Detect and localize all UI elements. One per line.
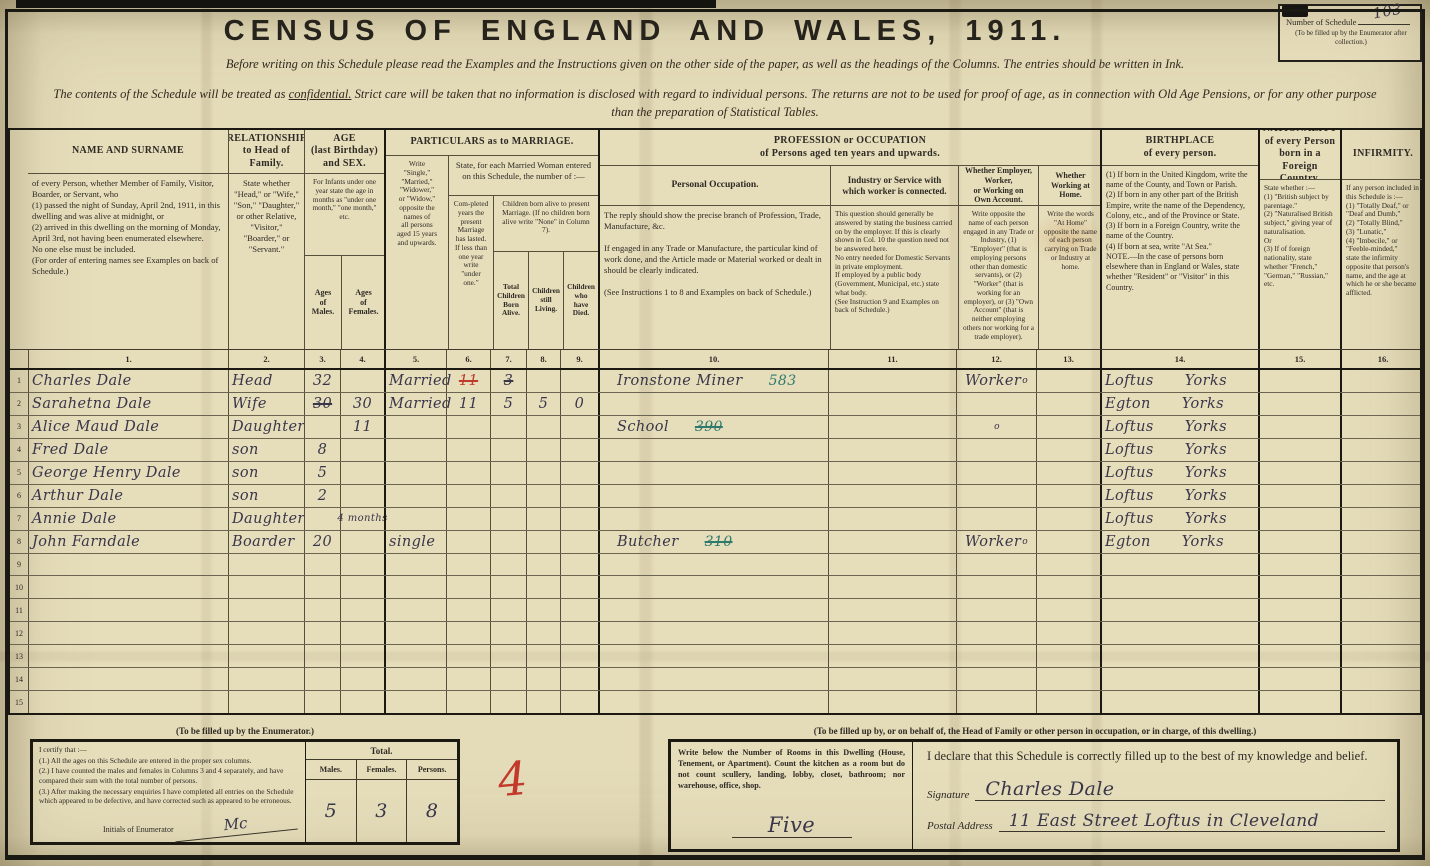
postal-address-value: 11 East Street Loftus in Cleveland <box>999 811 1385 832</box>
cell-occupation: Ironstone Miner583 <box>598 370 828 392</box>
column-children-born: Total Children Born Alive. <box>494 252 528 349</box>
cell-children-living <box>526 576 560 598</box>
cell-at-home <box>1036 554 1100 576</box>
column-number-row: 1. 2. 3. 4. 5. 6. 7. 8. 9. 10. 11. 12. 1… <box>10 350 1420 370</box>
cell-children-living <box>526 691 560 713</box>
cell-employer-status <box>956 576 1036 598</box>
cell-employer-status <box>956 508 1036 530</box>
cell-children-died <box>560 485 598 507</box>
cell-children-died <box>560 531 598 553</box>
occupation-code: 390 <box>695 419 723 435</box>
signature-line: Signature Charles Dale <box>927 778 1385 801</box>
totals-males-value: 5 <box>306 780 356 842</box>
cell-birthplace <box>1100 691 1258 713</box>
cell-employer-status: o <box>956 416 1036 438</box>
cell-children-born <box>490 462 526 484</box>
cell-age-females <box>340 645 384 667</box>
enumerator-box-heading: (To be filled up by the Enumerator.) <box>30 726 460 736</box>
cell-at-home <box>1036 462 1100 484</box>
cell-children-living <box>526 668 560 690</box>
cell-birthplace: Egton Yorks <box>1100 531 1258 553</box>
table-row: 11 <box>10 598 1420 621</box>
cell-nationality <box>1258 645 1340 667</box>
cell-children-died <box>560 599 598 621</box>
row-number: 9 <box>10 554 28 576</box>
column-working-at-home: Whether Working at Home. Write the words… <box>1038 166 1100 349</box>
cell-relationship: son <box>228 462 304 484</box>
cell-nationality <box>1258 531 1340 553</box>
cell-employer-status <box>956 668 1036 690</box>
main-table: NAME AND SURNAME of every Person, whethe… <box>8 128 1422 715</box>
cell-years-married <box>446 508 490 530</box>
cell-age-females <box>340 691 384 713</box>
cell-employer-status <box>956 622 1036 644</box>
column-group-marriage: PARTICULARS as to MARRIAGE. Write "Singl… <box>384 130 598 349</box>
rooms-instruction: Write below the Number of Rooms in this … <box>678 747 905 791</box>
cell-marital-state <box>384 554 446 576</box>
cell-relationship <box>228 645 304 667</box>
cell-occupation: Butcher310 <box>598 531 828 553</box>
cell-name <box>28 599 228 621</box>
cell-name: Sarahetna Dale <box>28 393 228 415</box>
occupation-code: 583 <box>769 373 797 389</box>
cell-birthplace <box>1100 599 1258 621</box>
cell-marital-state: Married <box>384 393 446 415</box>
cell-at-home <box>1036 531 1100 553</box>
householder-box: Write below the Number of Rooms in this … <box>668 739 1400 852</box>
schedule-number-note: (To be filled up by the Enumerator after… <box>1286 29 1416 47</box>
cell-children-living <box>526 485 560 507</box>
cell-years-married: 11 <box>446 370 490 392</box>
cell-children-living: 5 <box>526 393 560 415</box>
cell-occupation <box>598 576 828 598</box>
column-industry: Industry or Service with which worker is… <box>830 166 958 349</box>
cell-relationship <box>228 576 304 598</box>
table-header: NAME AND SURNAME of every Person, whethe… <box>10 130 1420 350</box>
cell-infirmity <box>1340 508 1424 530</box>
rooms-section: Write below the Number of Rooms in this … <box>671 742 913 849</box>
table-row: 1 Charles Dale Head 32 Married 11 3 Iron… <box>10 370 1420 392</box>
table-row: 15 <box>10 690 1420 713</box>
enumerator-tick: o <box>994 422 1000 432</box>
totals-persons-label: Persons. <box>406 760 457 779</box>
cell-children-born <box>490 668 526 690</box>
enumerator-box: I certify that :— (1.) All the ages on t… <box>30 739 460 845</box>
cell-years-married <box>446 691 490 713</box>
cell-years-married <box>446 531 490 553</box>
cell-children-died <box>560 645 598 667</box>
cell-nationality <box>1258 462 1340 484</box>
cell-children-died <box>560 691 598 713</box>
row-number: 3 <box>10 416 28 438</box>
cell-years-married <box>446 599 490 621</box>
cell-children-born <box>490 576 526 598</box>
cell-at-home <box>1036 576 1100 598</box>
cell-industry <box>828 599 956 621</box>
cell-at-home <box>1036 439 1100 461</box>
cell-birthplace <box>1100 622 1258 644</box>
occupation-code: 310 <box>705 534 733 550</box>
cell-industry <box>828 393 956 415</box>
cell-children-born <box>490 645 526 667</box>
row-number: 8 <box>10 531 28 553</box>
cell-at-home <box>1036 485 1100 507</box>
cell-age-males <box>304 576 340 598</box>
cell-industry <box>828 370 956 392</box>
cell-marital-state <box>384 645 446 667</box>
cell-industry <box>828 531 956 553</box>
cell-age-males: 20 <box>304 531 340 553</box>
cell-children-living <box>526 416 560 438</box>
cell-birthplace: Loftus Yorks <box>1100 508 1258 530</box>
totals-title: Total. <box>306 742 457 760</box>
totals-table: Total. Males. Females. Persons. 5 3 8 <box>305 742 457 842</box>
cell-age-males: 5 <box>304 462 340 484</box>
cell-age-females <box>340 622 384 644</box>
column-name-desc: of every Person, whether Member of Famil… <box>28 174 228 349</box>
cell-infirmity <box>1340 370 1424 392</box>
cell-infirmity <box>1340 439 1424 461</box>
cell-at-home <box>1036 622 1100 644</box>
cell-age-females <box>340 370 384 392</box>
cell-relationship <box>228 622 304 644</box>
cell-industry <box>828 668 956 690</box>
cell-children-living <box>526 370 560 392</box>
cell-children-born <box>490 531 526 553</box>
cell-infirmity <box>1340 691 1424 713</box>
column-age-females: Ages of Females. <box>341 256 384 349</box>
column-personal-occupation: Personal Occupation. The reply should sh… <box>600 166 830 349</box>
declaration-text: I declare that this Schedule is correctl… <box>927 749 1385 764</box>
cell-employer-status <box>956 554 1036 576</box>
cell-birthplace: Loftus Yorks <box>1100 485 1258 507</box>
row-number: 4 <box>10 439 28 461</box>
column-children-living: Children still Living. <box>528 252 563 349</box>
totals-males-label: Males. <box>306 760 356 779</box>
cell-age-males <box>304 691 340 713</box>
cell-age-females <box>340 554 384 576</box>
column-employer-status: Whether Employer, Worker, or Working on … <box>958 166 1038 349</box>
schedule-number-box: 103 Number of Schedule (To be filled up … <box>1278 4 1422 62</box>
cell-name: John Farndale <box>28 531 228 553</box>
rooms-value: Five <box>732 813 852 838</box>
cell-infirmity <box>1340 485 1424 507</box>
cell-nationality <box>1258 599 1340 621</box>
cell-birthplace: Loftus Yorks <box>1100 462 1258 484</box>
column-group-profession: PROFESSION or OCCUPATION of Persons aged… <box>598 130 1100 349</box>
cell-children-living <box>526 439 560 461</box>
cell-employer-status <box>956 645 1036 667</box>
postal-address-line: Postal Address 11 East Street Loftus in … <box>927 811 1385 832</box>
cell-nationality <box>1258 622 1340 644</box>
cell-occupation <box>598 393 828 415</box>
cell-children-born: 3 <box>490 370 526 392</box>
cell-name <box>28 691 228 713</box>
cell-relationship: son <box>228 439 304 461</box>
cell-children-born <box>490 485 526 507</box>
cell-marital-state <box>384 691 446 713</box>
row-number: 12 <box>10 622 28 644</box>
column-infirmity: INFIRMITY. If any person included in thi… <box>1340 130 1424 349</box>
cell-birthplace <box>1100 668 1258 690</box>
cell-birthplace <box>1100 554 1258 576</box>
row-number: 14 <box>10 668 28 690</box>
cell-children-died <box>560 416 598 438</box>
cell-infirmity <box>1340 576 1424 598</box>
cell-infirmity <box>1340 416 1424 438</box>
cell-children-died <box>560 370 598 392</box>
row-number: 2 <box>10 393 28 415</box>
table-row: 10 <box>10 575 1420 598</box>
cell-relationship <box>228 668 304 690</box>
row-number: 10 <box>10 576 28 598</box>
scan-edge-artifact <box>16 0 716 8</box>
cell-occupation <box>598 439 828 461</box>
cell-marital-state <box>384 508 446 530</box>
cell-employer-status <box>956 485 1036 507</box>
cell-age-males: 2 <box>304 485 340 507</box>
cell-children-living <box>526 554 560 576</box>
cell-name <box>28 622 228 644</box>
cell-occupation <box>598 554 828 576</box>
totals-females-value: 3 <box>356 780 407 842</box>
scan-label-artifact <box>1282 5 1308 17</box>
table-row: 8 John Farndale Boarder 20 single Butche… <box>10 530 1420 553</box>
cell-years-married <box>446 554 490 576</box>
cell-birthplace: Loftus Yorks <box>1100 416 1258 438</box>
cell-children-died <box>560 668 598 690</box>
cell-children-living <box>526 622 560 644</box>
declaration-section: I declare that this Schedule is correctl… <box>913 742 1397 849</box>
cell-occupation: School390 <box>598 416 828 438</box>
cell-name <box>28 645 228 667</box>
cell-relationship: Wife <box>228 393 304 415</box>
cell-employer-status <box>956 439 1036 461</box>
cell-relationship <box>228 691 304 713</box>
table-row: 9 <box>10 553 1420 576</box>
cell-years-married <box>446 416 490 438</box>
cell-birthplace: Egton Yorks <box>1100 393 1258 415</box>
cell-infirmity <box>1340 462 1424 484</box>
cell-marital-state <box>384 416 446 438</box>
cell-employer-status <box>956 462 1036 484</box>
cell-birthplace <box>1100 645 1258 667</box>
cell-employer-status <box>956 393 1036 415</box>
cell-years-married <box>446 462 490 484</box>
cell-infirmity <box>1340 554 1424 576</box>
cell-relationship <box>228 599 304 621</box>
row-number: 13 <box>10 645 28 667</box>
cell-children-born <box>490 439 526 461</box>
cell-relationship: son <box>228 485 304 507</box>
totals-females-label: Females. <box>356 760 407 779</box>
cell-employer-status: Workero <box>956 531 1036 553</box>
enumerator-initials-value: Mc <box>173 808 298 841</box>
cell-children-died <box>560 622 598 644</box>
cell-industry <box>828 645 956 667</box>
cell-age-males: 30 <box>304 393 340 415</box>
cell-age-females: 11 <box>340 416 384 438</box>
enumerator-tick: o <box>1022 537 1028 547</box>
row-number: 1 <box>10 370 28 392</box>
cell-occupation <box>598 599 828 621</box>
cell-occupation <box>598 508 828 530</box>
column-name-title: NAME AND SURNAME <box>28 130 228 174</box>
cell-name: George Henry Dale <box>28 462 228 484</box>
cell-industry <box>828 508 956 530</box>
cell-industry <box>828 576 956 598</box>
column-age-males: Ages of Males. <box>305 256 341 349</box>
enumerator-certification: I certify that :— (1.) All the ages on t… <box>33 742 305 842</box>
cell-marital-state <box>384 439 446 461</box>
cell-employer-status <box>956 691 1036 713</box>
confidential-word: confidential. <box>289 87 352 101</box>
column-name: NAME AND SURNAME of every Person, whethe… <box>28 130 228 349</box>
cell-name <box>28 668 228 690</box>
cell-at-home <box>1036 645 1100 667</box>
cell-nationality <box>1258 439 1340 461</box>
cell-children-died <box>560 462 598 484</box>
cell-infirmity <box>1340 668 1424 690</box>
cell-years-married <box>446 485 490 507</box>
cell-at-home <box>1036 370 1100 392</box>
enumerator-tick: o <box>1022 376 1028 386</box>
form-title: CENSUS OF ENGLAND AND WALES, 1911. <box>120 15 1170 48</box>
cell-age-females <box>340 485 384 507</box>
cell-at-home <box>1036 691 1100 713</box>
cell-infirmity <box>1340 393 1424 415</box>
totals-persons-value: 8 <box>406 780 457 842</box>
table-row: 3 Alice Maud Dale Daughter 11 School390 … <box>10 415 1420 438</box>
cell-name: Alice Maud Dale <box>28 416 228 438</box>
column-birthplace: BIRTHPLACE of every person. (1) If born … <box>1100 130 1258 349</box>
cell-children-born <box>490 554 526 576</box>
cell-industry <box>828 462 956 484</box>
cell-children-died <box>560 576 598 598</box>
cell-age-males <box>304 416 340 438</box>
cell-nationality <box>1258 370 1340 392</box>
cell-relationship <box>228 554 304 576</box>
cell-children-died: 0 <box>560 393 598 415</box>
row-number-gutter <box>10 130 28 349</box>
cell-children-died <box>560 554 598 576</box>
cell-children-born <box>490 508 526 530</box>
census-form-scan: 103 Number of Schedule (To be filled up … <box>0 0 1430 866</box>
cell-nationality <box>1258 485 1340 507</box>
cell-occupation <box>598 691 828 713</box>
cell-children-living <box>526 531 560 553</box>
cell-name: Charles Dale <box>28 370 228 392</box>
cell-age-males <box>304 645 340 667</box>
cell-employer-status: Workero <box>956 370 1036 392</box>
cell-name: Annie Dale <box>28 508 228 530</box>
cell-occupation <box>598 668 828 690</box>
cell-industry <box>828 416 956 438</box>
cell-age-males <box>304 554 340 576</box>
cell-children-living <box>526 462 560 484</box>
cell-name <box>28 554 228 576</box>
cell-name: Arthur Dale <box>28 485 228 507</box>
cell-children-born <box>490 416 526 438</box>
cell-children-born <box>490 622 526 644</box>
signature-value: Charles Dale <box>975 778 1385 801</box>
cell-years-married: 11 <box>446 393 490 415</box>
cell-age-males <box>304 508 340 530</box>
cell-nationality <box>1258 554 1340 576</box>
cell-relationship: Daughter <box>228 508 304 530</box>
cell-age-males: 8 <box>304 439 340 461</box>
cell-years-married <box>446 439 490 461</box>
row-number: 7 <box>10 508 28 530</box>
cell-age-males: 32 <box>304 370 340 392</box>
cell-nationality <box>1258 416 1340 438</box>
table-row: 7 Annie Dale Daughter 4 months Loftus Yo… <box>10 507 1420 530</box>
cell-children-died <box>560 508 598 530</box>
cell-marital-state <box>384 485 446 507</box>
cell-occupation <box>598 462 828 484</box>
cell-marital-state <box>384 622 446 644</box>
cell-industry <box>828 554 956 576</box>
children-born-note: Children born alive to present Marriage.… <box>494 196 598 252</box>
cell-years-married <box>446 668 490 690</box>
cell-industry <box>828 691 956 713</box>
married-woman-note: State, for each Married Woman entered on… <box>449 156 598 196</box>
table-row: 6 Arthur Dale son 2 Loftus Yorks <box>10 484 1420 507</box>
cell-years-married <box>446 576 490 598</box>
table-row: 14 <box>10 667 1420 690</box>
cell-at-home <box>1036 416 1100 438</box>
red-annotation-4: 4 <box>496 751 530 807</box>
row-number: 15 <box>10 691 28 713</box>
cell-at-home <box>1036 599 1100 621</box>
column-nationality: NATIONALITY of every Person born in a Fo… <box>1258 130 1340 349</box>
cell-age-females: 4 months <box>340 508 384 530</box>
cell-age-females: 30 <box>340 393 384 415</box>
cell-nationality <box>1258 576 1340 598</box>
cell-age-males <box>304 622 340 644</box>
cell-children-living <box>526 645 560 667</box>
cell-children-died <box>560 439 598 461</box>
table-body: 1 Charles Dale Head 32 Married 11 3 Iron… <box>10 370 1420 713</box>
column-age-sex: AGE (last Birthday) and SEX. For Infants… <box>304 130 384 349</box>
cell-occupation <box>598 485 828 507</box>
cell-birthplace: Loftus Yorks <box>1100 439 1258 461</box>
cell-industry <box>828 439 956 461</box>
cell-infirmity <box>1340 531 1424 553</box>
cell-marital-state <box>384 599 446 621</box>
cell-industry <box>828 485 956 507</box>
cell-marital-state <box>384 576 446 598</box>
row-number: 6 <box>10 485 28 507</box>
table-row: 5 George Henry Dale son 5 Loftus Yorks <box>10 461 1420 484</box>
cell-occupation <box>598 645 828 667</box>
cell-at-home <box>1036 508 1100 530</box>
table-row: 4 Fred Dale son 8 Loftus Yorks <box>10 438 1420 461</box>
cell-age-females <box>340 531 384 553</box>
cell-birthplace: Loftus Yorks <box>1100 370 1258 392</box>
cell-years-married <box>446 645 490 667</box>
cell-infirmity <box>1340 645 1424 667</box>
cell-infirmity <box>1340 599 1424 621</box>
cell-age-females <box>340 439 384 461</box>
cell-at-home <box>1036 393 1100 415</box>
table-row: 2 Sarahetna Dale Wife 30 30 Married 11 5… <box>10 392 1420 415</box>
row-number: 5 <box>10 462 28 484</box>
cell-age-females <box>340 599 384 621</box>
cell-years-married <box>446 622 490 644</box>
cell-children-living <box>526 508 560 530</box>
cell-children-born <box>490 599 526 621</box>
